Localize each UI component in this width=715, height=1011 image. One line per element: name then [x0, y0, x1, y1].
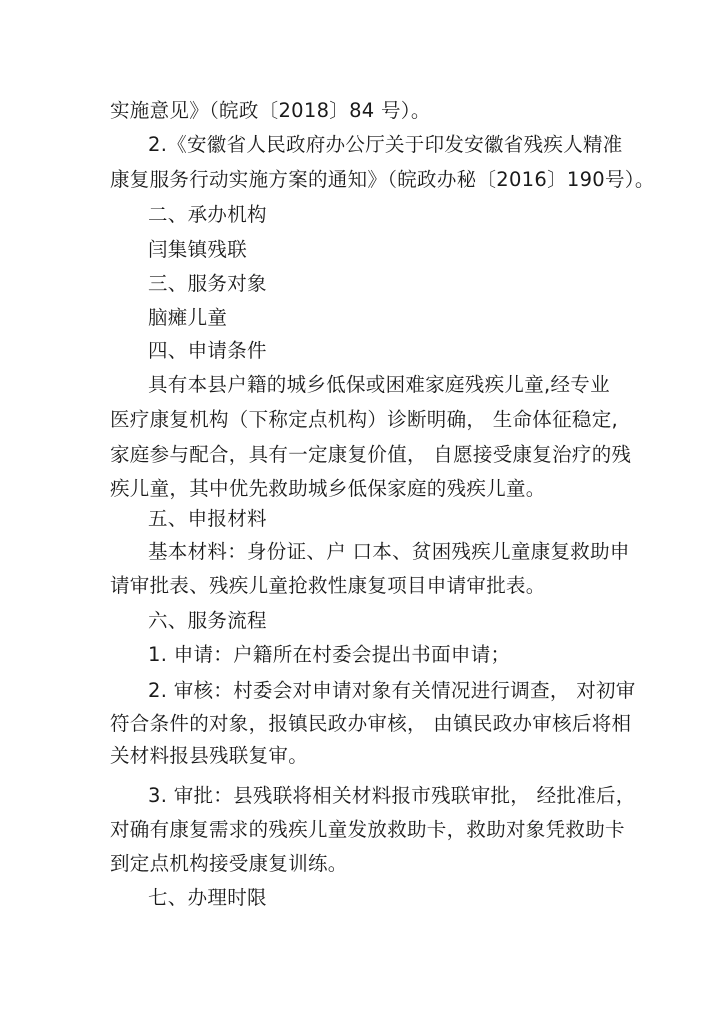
process-step-approve-line-3: 到定点机构接受康复训练。 — [110, 852, 348, 876]
process-step-review-line-1: 2. 审核：村委会对申请对象有关情况进行调查， 对初审 — [148, 679, 636, 703]
paragraph-line-ref2-continuation: 康复服务行动实施方案的通知》（皖政办秘〔2016〕190号）。 — [110, 168, 655, 192]
paragraph-line-ref1-continuation: 实施意见》（皖政〔2018〕84 号）。 — [110, 99, 431, 123]
section-heading-process: 六、服务流程 — [148, 609, 267, 633]
conditions-line-1: 具有本县户籍的城乡低保或困难家庭残疾儿童,经专业 — [148, 373, 610, 397]
materials-line-1: 基本材料：身份证、户 口本、贫困残疾儿童康复救助申 — [148, 540, 630, 564]
document-page: 实施意见》（皖政〔2018〕84 号）。 2.《安徽省人民政府办公厅关于印发安徽… — [0, 0, 715, 1011]
conditions-line-3: 家庭参与配合，具有一定康复价值， 自愿接受康复治疗的残 — [110, 443, 631, 467]
process-step-apply: 1. 申请：户籍所在村委会提出书面申请； — [148, 643, 510, 667]
section-heading-materials: 五、申报材料 — [148, 507, 267, 531]
materials-line-2: 请审批表、残疾儿童抢救性康复项目申请审批表。 — [110, 574, 546, 598]
section-heading-agency: 二、承办机构 — [148, 203, 267, 227]
section-heading-time-limit: 七、办理时限 — [148, 886, 267, 910]
process-step-review-line-3: 关材料报县残联复审。 — [110, 744, 308, 768]
process-step-approve-line-1: 3. 审批：县残联将相关材料报市残联审批， 经批准后， — [148, 784, 636, 808]
service-target-value: 脑瘫儿童 — [148, 306, 227, 330]
section-heading-service-target: 三、服务对象 — [148, 272, 267, 296]
section-heading-conditions: 四、申请条件 — [148, 339, 267, 363]
conditions-line-4: 疾儿童，其中优先救助城乡低保家庭的残疾儿童。 — [110, 477, 546, 501]
agency-value: 闫集镇残联 — [148, 238, 247, 262]
process-step-approve-line-2: 对确有康复需求的残疾儿童发放救助卡，救助对象凭救助卡 — [110, 818, 625, 842]
paragraph-line-ref2: 2.《安徽省人民政府办公厅关于印发安徽省残疾人精准 — [148, 133, 623, 157]
conditions-line-2: 医疗康复机构（下称定点机构）诊断明确， 生命体征稳定, — [110, 408, 618, 432]
process-step-review-line-2: 符合条件的对象，报镇民政办审核， 由镇民政办审核后将相 — [110, 712, 631, 736]
